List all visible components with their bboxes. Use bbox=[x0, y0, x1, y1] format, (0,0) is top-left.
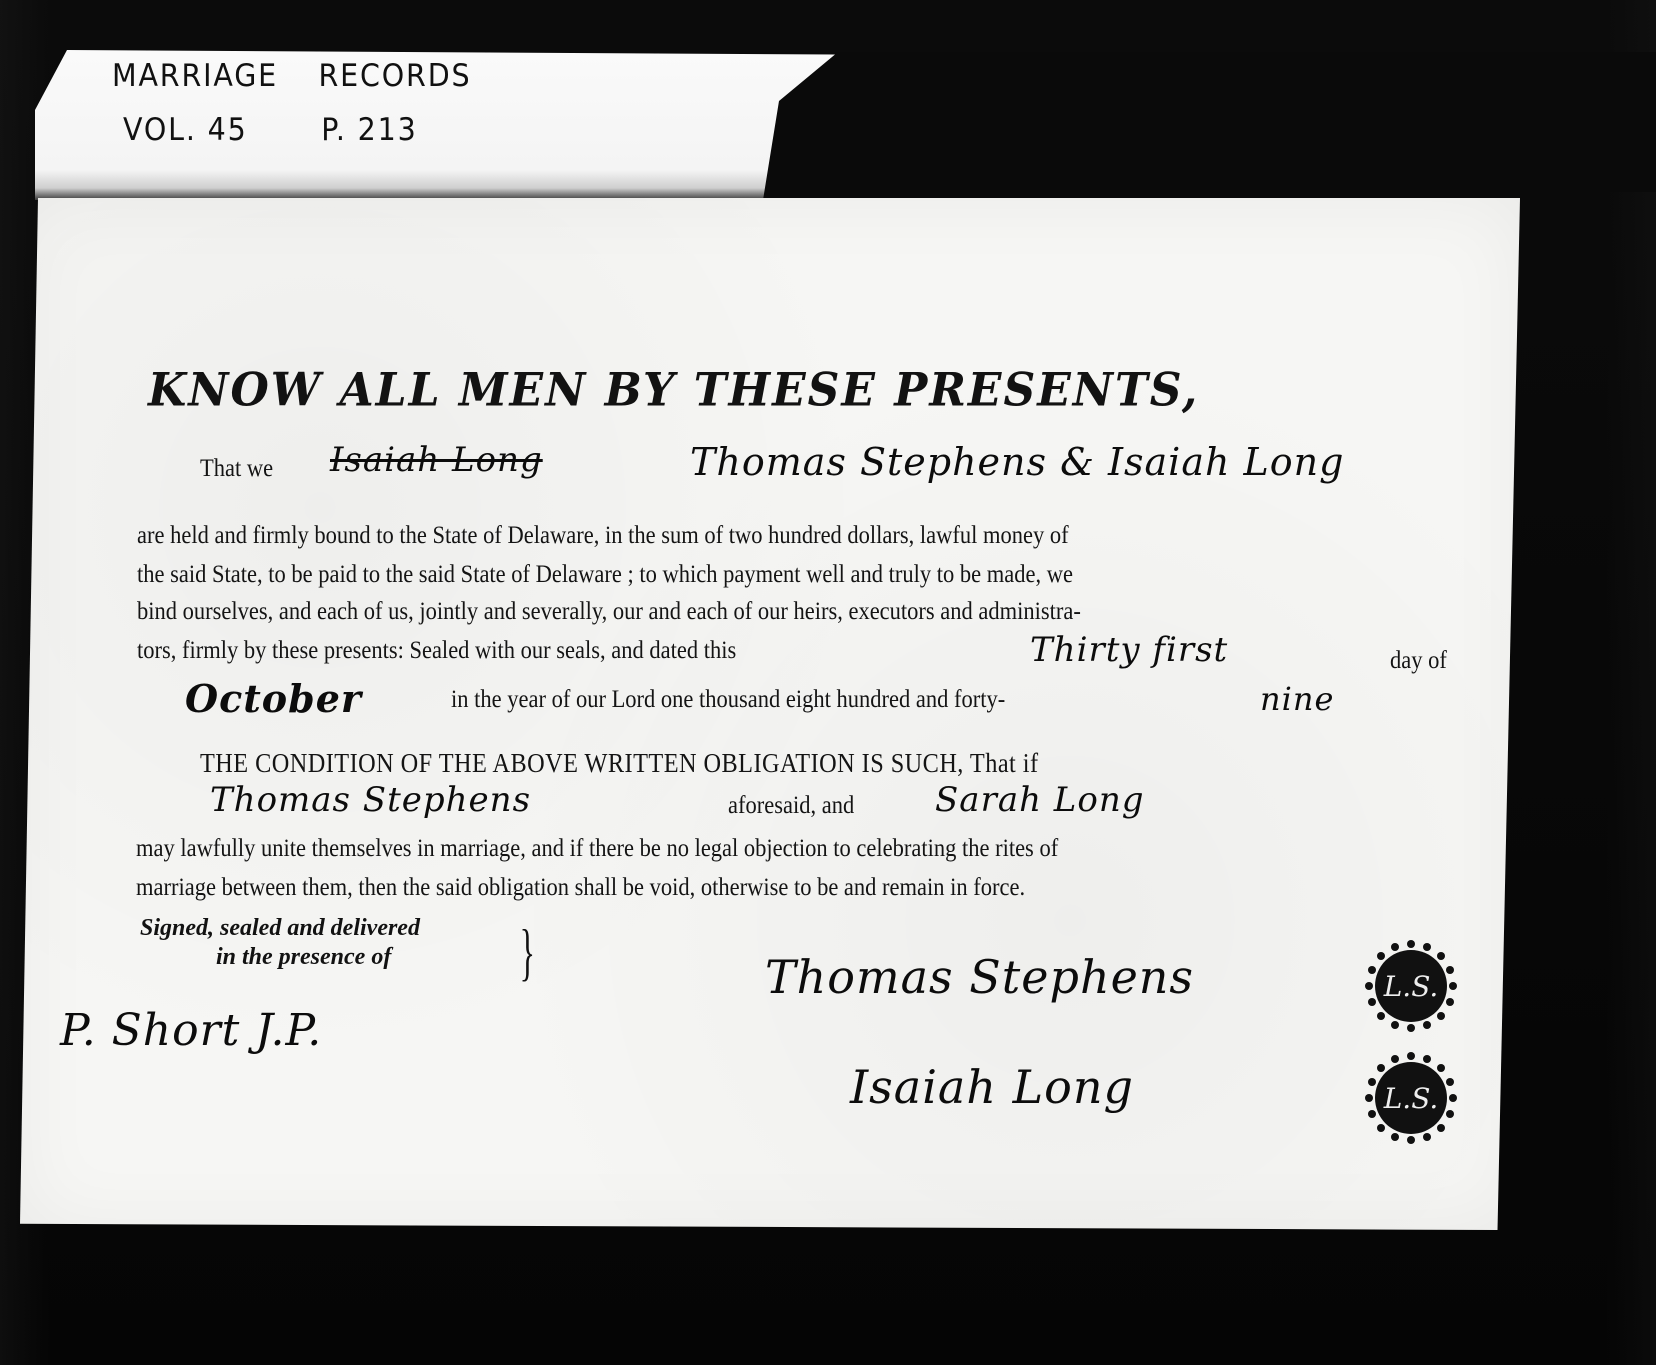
groom-handwritten: Thomas Stephens bbox=[210, 780, 531, 820]
year-handwritten: nine bbox=[1260, 680, 1334, 718]
signature-thomas-stephens: Thomas Stephens bbox=[765, 950, 1194, 1004]
body-line-1: are held and firmly bound to the State o… bbox=[137, 522, 1069, 550]
condition-line-2: marriage between them, then the said obl… bbox=[136, 874, 1025, 902]
label-records: RECORDS bbox=[318, 58, 471, 94]
condition-heading: THE CONDITION OF THE ABOVE WRITTEN OBLIG… bbox=[200, 748, 1039, 779]
seal-icon: L.S. bbox=[1363, 1050, 1459, 1146]
svg-text:L.S.: L.S. bbox=[1383, 1082, 1439, 1115]
year-text: in the year of our Lord one thousand eig… bbox=[451, 686, 1005, 714]
body-line-3: bind ourselves, and each of us, jointly … bbox=[137, 598, 1081, 626]
seal-icon: L.S. bbox=[1363, 938, 1459, 1034]
signature-isaiah-long: Isaiah Long bbox=[850, 1060, 1134, 1114]
month-handwritten: October bbox=[185, 676, 362, 721]
brace-glyph: } bbox=[520, 915, 535, 989]
label-volume: VOL. 45 bbox=[123, 112, 248, 148]
label-title: MARRIAGERECORDS bbox=[112, 58, 471, 94]
bound-names-handwritten: Thomas Stephens & Isaiah Long bbox=[690, 440, 1344, 484]
day-of-text: day of bbox=[1390, 647, 1447, 675]
that-we-text: That we bbox=[200, 455, 273, 483]
condition-line-1: may lawfully unite themselves in marriag… bbox=[136, 835, 1058, 863]
body-line-2: the said State, to be paid to the said S… bbox=[137, 561, 1073, 589]
svg-text:L.S.: L.S. bbox=[1383, 970, 1439, 1003]
aforesaid-and-text: aforesaid, and bbox=[728, 792, 854, 820]
witness-signature: P. Short J.P. bbox=[60, 1005, 322, 1056]
body-line-4: tors, firmly by these presents: Sealed w… bbox=[137, 637, 736, 665]
label-volume-page: VOL. 45P. 213 bbox=[123, 112, 418, 148]
struck-name: Isaiah Long bbox=[330, 440, 543, 480]
folder-flap bbox=[760, 52, 1656, 192]
label-page: P. 213 bbox=[321, 112, 417, 148]
day-handwritten: Thirty first bbox=[1030, 630, 1228, 670]
document-heading: KNOW ALL MEN BY THESE PRESENTS, bbox=[148, 364, 1448, 418]
witness-label-line-2: in the presence of bbox=[216, 944, 391, 971]
witness-label-line-1: Signed, sealed and delivered bbox=[140, 915, 420, 942]
label-marriage: MARRIAGE bbox=[112, 58, 278, 94]
bride-handwritten: Sarah Long bbox=[935, 780, 1145, 820]
